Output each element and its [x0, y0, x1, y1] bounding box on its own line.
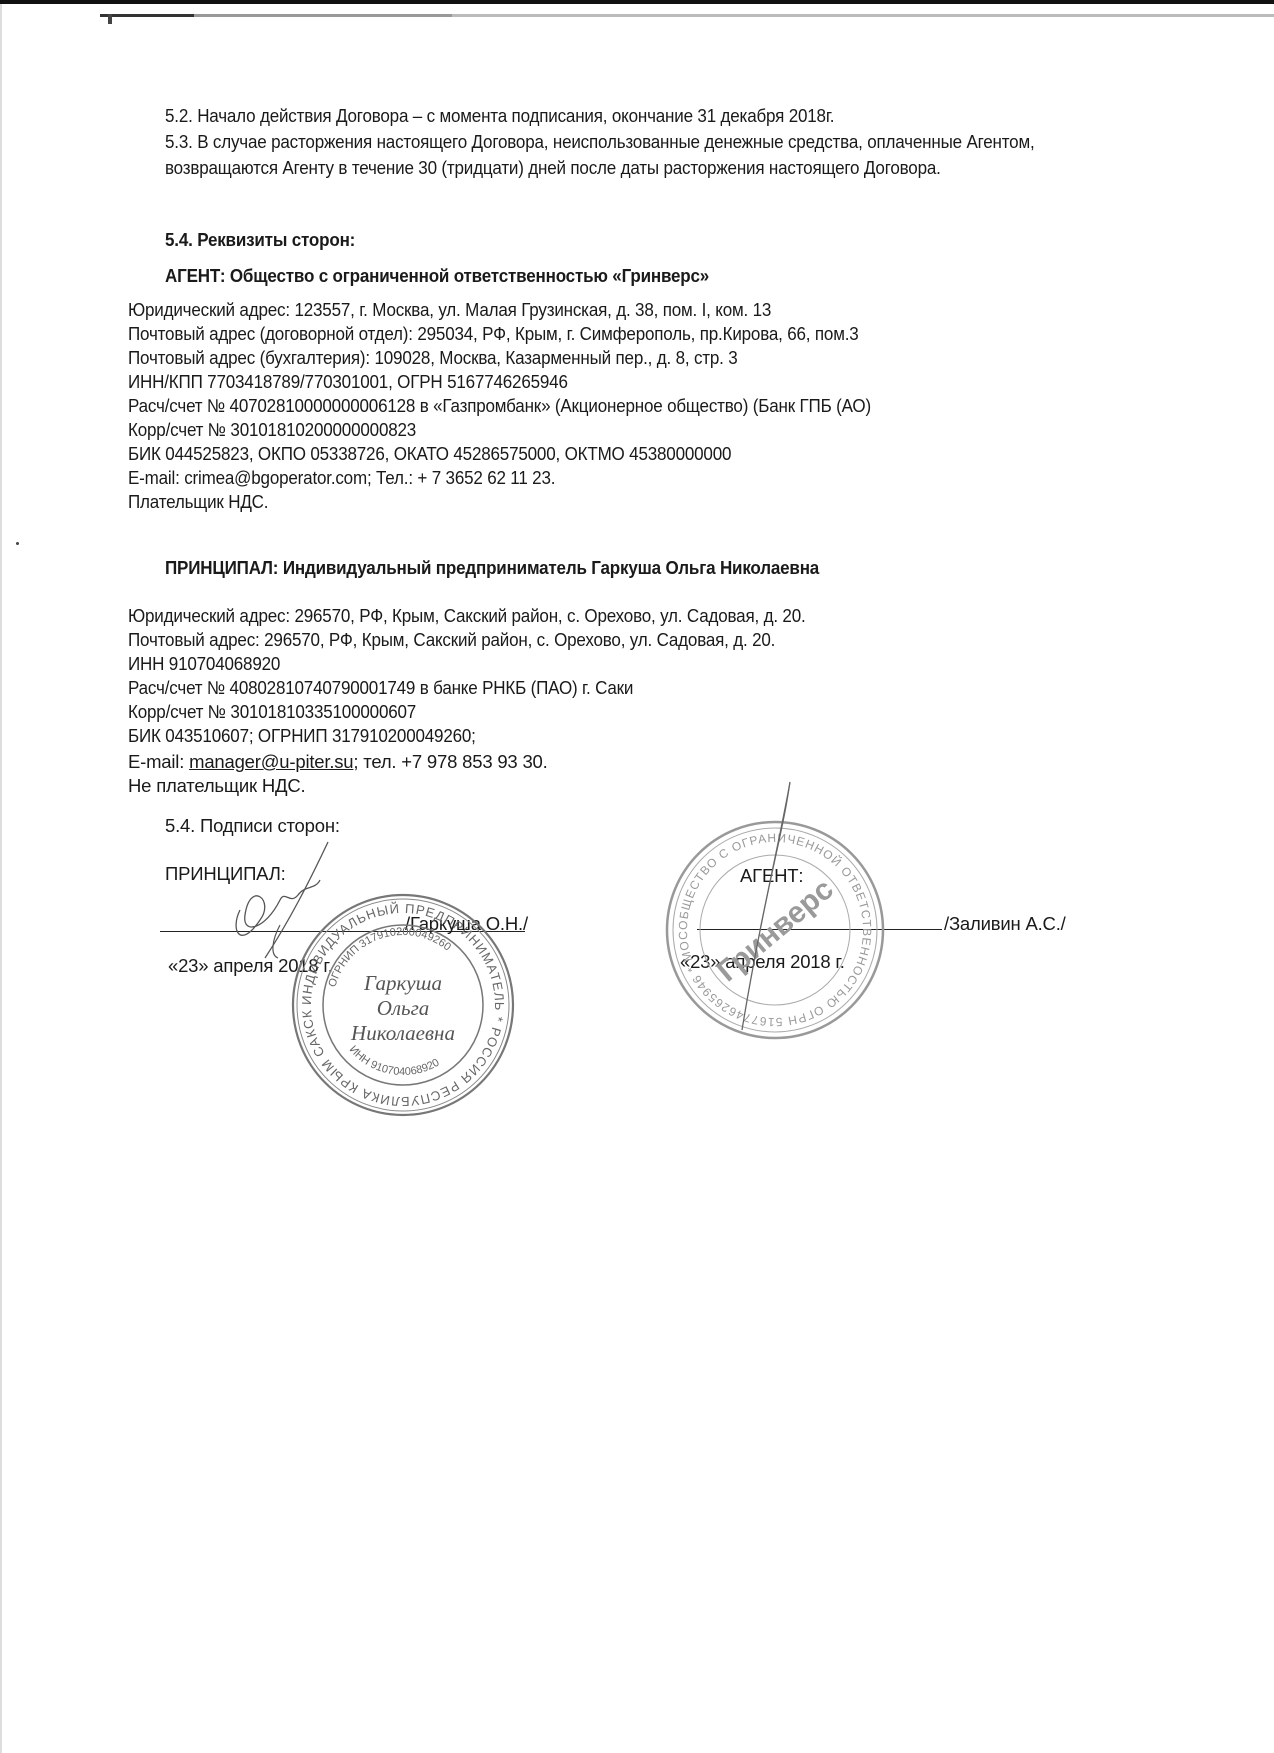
principal-bank-account: Расч/счет № 40802810740790001749 в банке… — [128, 676, 633, 700]
principal-inn: ИНН 910704068920 — [128, 652, 280, 676]
principal-corr-account: Корр/счет № 30101810335100000607 — [128, 700, 416, 724]
agent-bank-account: Расч/счет № 40702810000000006128 в «Газп… — [128, 394, 871, 418]
signatures-heading: 5.4. Подписи сторон: — [165, 814, 340, 838]
principal-postal-address: Почтовый адрес: 296570, РФ, Крым, Сакски… — [128, 628, 775, 652]
agent-corr-account: Корр/счет № 30101810200000000823 — [128, 418, 416, 442]
scan-speck — [16, 542, 19, 545]
agent-postal-address-contracts: Почтовый адрес (договорной отдел): 29503… — [128, 322, 859, 346]
principal-stamp: ИНДИВИДУАЛЬНЫЙ ПРЕДПРИНИМАТЕЛЬ * РОССИЯ … — [288, 890, 518, 1120]
principal-heading: ПРИНЦИПАЛ: Индивидуальный предпринимател… — [165, 556, 819, 580]
principal-contacts: E-mail: manager@u-piter.su; тел. +7 978 … — [128, 750, 548, 774]
svg-text:Гаркуша: Гаркуша — [363, 971, 442, 995]
agent-postal-address-accounting: Почтовый адрес (бухгалтерия): 109028, Мо… — [128, 346, 738, 370]
clause-5-3-line2: возвращаются Агенту в течение 30 (тридца… — [165, 156, 941, 180]
agent-legal-address: Юридический адрес: 123557, г. Москва, ул… — [128, 298, 771, 322]
principal-email-link[interactable]: manager@u-piter.su — [189, 751, 353, 772]
principal-legal-address: Юридический адрес: 296570, РФ, Крым, Сак… — [128, 604, 806, 628]
agent-handwritten-signature — [740, 780, 800, 1040]
requisites-heading: 5.4. Реквизиты сторон: — [165, 228, 355, 252]
agent-inn-kpp: ИНН/КПП 7703418789/770301001, ОГРН 51677… — [128, 370, 568, 394]
clause-5-2: 5.2. Начало действия Договора – с момент… — [165, 104, 834, 128]
svg-text:Николаевна: Николаевна — [350, 1021, 455, 1045]
agent-contacts: E-mail: crimea@bgoperator.com; Тел.: + 7… — [128, 466, 555, 490]
scan-edge-top-shadow — [100, 14, 1274, 17]
agent-heading: АГЕНТ: Общество с ограниченной ответстве… — [165, 264, 709, 288]
scan-edge-top — [0, 0, 1274, 4]
agent-signatory-name: /Заливин А.С./ — [944, 912, 1066, 936]
agent-vat-status: Плательщик НДС. — [128, 490, 268, 514]
agent-bik-codes: БИК 044525823, ОКПО 05338726, ОКАТО 4528… — [128, 442, 731, 466]
svg-text:Ольга: Ольга — [377, 996, 430, 1020]
principal-phone: ; тел. +7 978 853 93 30. — [353, 751, 547, 772]
clause-5-3-line1: 5.3. В случае расторжения настоящего Дог… — [165, 130, 1035, 154]
principal-email-prefix: E-mail: — [128, 751, 189, 772]
principal-bik-ogrnip: БИК 043510607; ОГРНИП 317910200049260; — [128, 724, 476, 748]
scan-artifact — [108, 14, 112, 24]
scan-edge — [0, 0, 2, 1753]
principal-vat-status: Не плательщик НДС. — [128, 774, 305, 798]
